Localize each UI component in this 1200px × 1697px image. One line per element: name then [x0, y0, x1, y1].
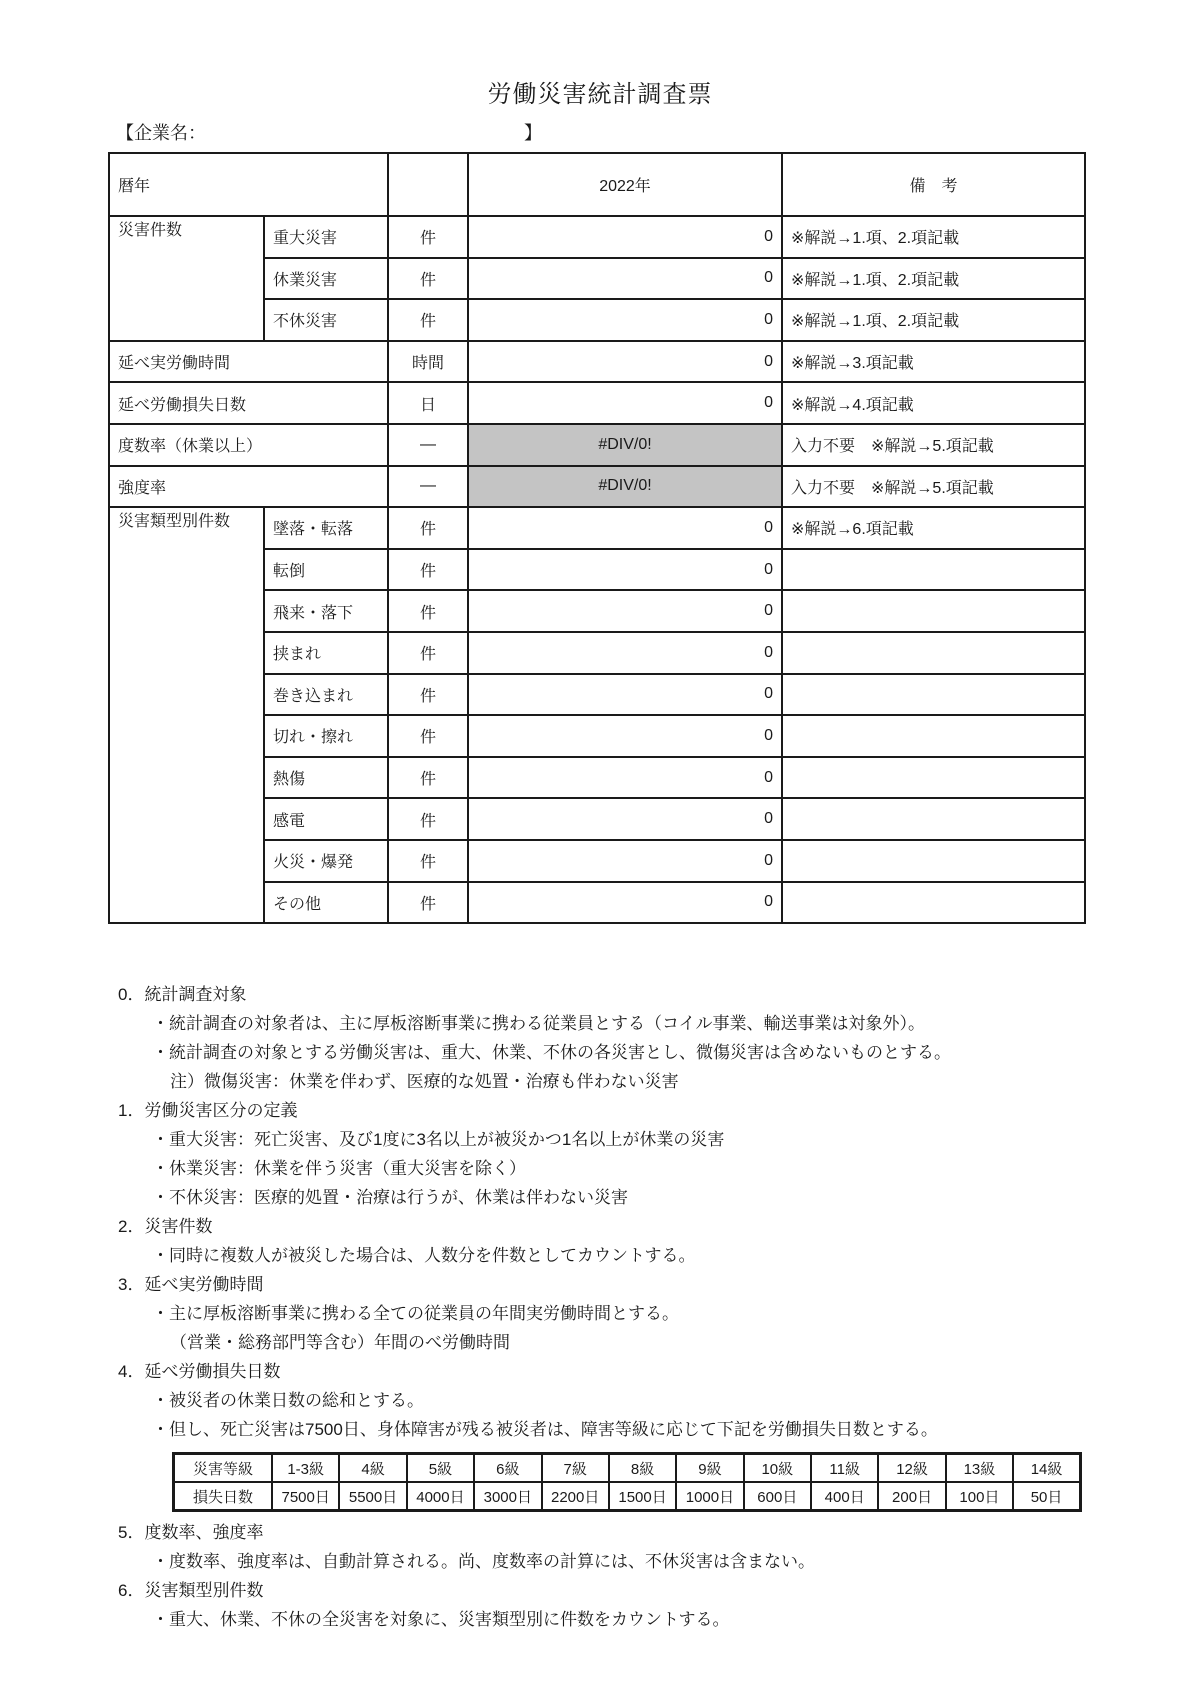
grade-value-cell: 600日: [744, 1482, 811, 1511]
note-line: ・不休災害：医療的処置・治療は行うが、休業は伴わない災害: [108, 1183, 1108, 1212]
value-cell: 0: [468, 299, 782, 341]
note-line: ・但し、死亡災害は7500日、身体障害が残る被災者は、障害等級に応じて下記を労働…: [108, 1415, 1108, 1444]
notes-section: 0．統計調査対象 ・統計調査の対象者は、主に厚板溶断事業に携わる従業員とする（コ…: [108, 980, 1108, 1634]
note-line: ・被災者の休業日数の総和とする。: [108, 1386, 1108, 1415]
value-cell: 0: [468, 882, 782, 924]
remark-cell: ※解説→1.項、2.項記載: [782, 216, 1085, 258]
note-line: ・休業災害：休業を伴う災害（重大災害を除く）: [108, 1154, 1108, 1183]
remark-cell: 入力不要 ※解説→5.項記載: [782, 466, 1085, 508]
group-label-cell: 災害件数: [109, 216, 264, 341]
value-cell: 0: [468, 216, 782, 258]
row-label-cell: 延べ労働損失日数: [109, 382, 388, 424]
remark-cell: [782, 549, 1085, 591]
note-line: ・度数率、強度率は、自動計算される。尚、度数率の計算には、不休災害は含まない。: [108, 1547, 1108, 1576]
value-cell: 0: [468, 258, 782, 300]
grade-header-cell: 11級: [811, 1454, 878, 1483]
page-title: 労働災害統計調査票: [0, 74, 1200, 109]
grade-header-cell: 13級: [946, 1454, 1013, 1483]
remark-cell: [782, 632, 1085, 674]
company-name-label: 【企業名：: [116, 123, 206, 143]
grade-header-row: 災害等級 1-3級 4級 5級 6級 7級 8級 9級 10級 11級 12級 …: [174, 1454, 1081, 1483]
grade-value-cell: 5500日: [339, 1482, 406, 1511]
grade-header-cell: 1-3級: [272, 1454, 339, 1483]
note-heading: 2．災害件数: [108, 1212, 1108, 1241]
grade-value-cell: 400日: [811, 1482, 878, 1511]
grade-value-cell: 1500日: [609, 1482, 676, 1511]
remark-cell: ※解説→4.項記載: [782, 382, 1085, 424]
value-cell: 0: [468, 549, 782, 591]
row-label-cell: 感電: [264, 798, 388, 840]
note-line: ・統計調査の対象とする労働災害は、重大、休業、不休の各災害とし、微傷災害は含めな…: [108, 1038, 1108, 1067]
note-line: ・主に厚板溶断事業に携わる全ての従業員の年間実労働時間とする。: [108, 1299, 1108, 1328]
unit-cell: 時間: [388, 341, 468, 383]
row-label-cell: 火災・爆発: [264, 840, 388, 882]
div-error-value-cell: #DIV/0!: [468, 424, 782, 466]
company-name-field: 【企業名：】: [116, 119, 542, 145]
company-name-close-bracket: 】: [524, 119, 542, 145]
grade-header-cell: 7級: [542, 1454, 609, 1483]
row-label-cell: 飛来・落下: [264, 590, 388, 632]
remark-cell: [782, 882, 1085, 924]
grade-header-cell: 10級: [744, 1454, 811, 1483]
remarks-header-cell: 備 考: [782, 153, 1085, 216]
unit-cell: 件: [388, 216, 468, 258]
unit-cell: ―: [388, 424, 468, 466]
grade-value-cell: 3000日: [474, 1482, 541, 1511]
note-heading: 4．延べ労働損失日数: [108, 1357, 1108, 1386]
value-cell: 0: [468, 840, 782, 882]
note-line: 注）微傷災害：休業を伴わず、医療的な処置・治療も伴わない災害: [108, 1067, 1108, 1096]
note-heading: 0．統計調査対象: [108, 980, 1108, 1009]
row-label-cell: 墜落・転落: [264, 507, 388, 549]
blank-unit-header-cell: [388, 153, 468, 216]
value-cell: 0: [468, 798, 782, 840]
remark-cell: [782, 590, 1085, 632]
row-label-cell: 巻き込まれ: [264, 674, 388, 716]
main-table: 暦年 2022年 備 考 災害件数 重大災害 件 0 ※解説→1.項、2.項記載…: [108, 152, 1086, 924]
table-row: 度数率（休業以上） ― #DIV/0! 入力不要 ※解説→5.項記載: [109, 424, 1085, 466]
row-label-cell: 重大災害: [264, 216, 388, 258]
unit-cell: 件: [388, 715, 468, 757]
div-error-value-cell: #DIV/0!: [468, 466, 782, 508]
remark-cell: [782, 840, 1085, 882]
row-label-cell: 延べ実労働時間: [109, 341, 388, 383]
unit-cell: 件: [388, 632, 468, 674]
value-cell: 0: [468, 382, 782, 424]
remark-cell: [782, 674, 1085, 716]
note-heading: 3．延べ実労働時間: [108, 1270, 1108, 1299]
unit-cell: 件: [388, 258, 468, 300]
grade-value-cell: 50日: [1013, 1482, 1080, 1511]
unit-cell: 件: [388, 757, 468, 799]
grade-value-cell: 4000日: [407, 1482, 474, 1511]
grade-value-cell: 100日: [946, 1482, 1013, 1511]
row-label-cell: 度数率（休業以上）: [109, 424, 388, 466]
grade-header-cell: 12級: [878, 1454, 945, 1483]
unit-cell: 件: [388, 798, 468, 840]
table-row: 災害類型別件数 墜落・転落 件 0 ※解説→6.項記載: [109, 507, 1085, 549]
table-row: 強度率 ― #DIV/0! 入力不要 ※解説→5.項記載: [109, 466, 1085, 508]
unit-cell: 日: [388, 382, 468, 424]
unit-cell: 件: [388, 549, 468, 591]
grade-header-cell: 6級: [474, 1454, 541, 1483]
row-label-cell: 熱傷: [264, 757, 388, 799]
grade-header-cell: 9級: [676, 1454, 743, 1483]
value-cell: 0: [468, 757, 782, 799]
unit-cell: 件: [388, 882, 468, 924]
unit-cell: 件: [388, 299, 468, 341]
unit-cell: 件: [388, 674, 468, 716]
note-line: ・同時に複数人が被災した場合は、人数分を件数としてカウントする。: [108, 1241, 1108, 1270]
note-line: （営業・総務部門等含む）年間のべ労働時間: [108, 1328, 1108, 1357]
note-heading: 6．災害類型別件数: [108, 1576, 1108, 1605]
table-row: 延べ実労働時間 時間 0 ※解説→3.項記載: [109, 341, 1085, 383]
value-cell: 0: [468, 632, 782, 674]
row-label-cell: 不休災害: [264, 299, 388, 341]
table-header-row: 暦年 2022年 備 考: [109, 153, 1085, 216]
remark-cell: ※解説→1.項、2.項記載: [782, 299, 1085, 341]
note-heading: 1．労働災害区分の定義: [108, 1096, 1108, 1125]
row-label-cell: 挟まれ: [264, 632, 388, 674]
row-label-cell: 転倒: [264, 549, 388, 591]
grade-value-cell: 2200日: [542, 1482, 609, 1511]
row-label-cell: 切れ・擦れ: [264, 715, 388, 757]
grade-value-cell: 200日: [878, 1482, 945, 1511]
row-label-cell: その他: [264, 882, 388, 924]
remark-cell: [782, 757, 1085, 799]
grade-header-cell: 災害等級: [174, 1454, 273, 1483]
note-line: ・重大災害：死亡災害、及び1度に3名以上が被災かつ1名以上が休業の災害: [108, 1125, 1108, 1154]
value-cell: 0: [468, 507, 782, 549]
grade-header-cell: 4級: [339, 1454, 406, 1483]
remark-cell: 入力不要 ※解説→5.項記載: [782, 424, 1085, 466]
row-label-cell: 休業災害: [264, 258, 388, 300]
unit-cell: 件: [388, 840, 468, 882]
note-line: ・重大、休業、不休の全災害を対象に、災害類型別に件数をカウントする。: [108, 1605, 1108, 1634]
grade-loss-days-table: 災害等級 1-3級 4級 5級 6級 7級 8級 9級 10級 11級 12級 …: [172, 1452, 1082, 1512]
row-label-cell: 強度率: [109, 466, 388, 508]
unit-cell: ―: [388, 466, 468, 508]
calendar-year-header-cell: 暦年: [109, 153, 388, 216]
grade-header-cell: 14級: [1013, 1454, 1080, 1483]
note-line: ・統計調査の対象者は、主に厚板溶断事業に携わる従業員とする（コイル事業、輸送事業…: [108, 1009, 1108, 1038]
year-header-cell: 2022年: [468, 153, 782, 216]
value-cell: 0: [468, 590, 782, 632]
remark-cell: ※解説→6.項記載: [782, 507, 1085, 549]
note-heading: 5．度数率、強度率: [108, 1518, 1108, 1547]
grade-value-cell: 損失日数: [174, 1482, 273, 1511]
grade-value-cell: 1000日: [676, 1482, 743, 1511]
document-page: 労働災害統計調査票 【企業名：】 暦年 2022年 備 考 災害件数 重大災害 …: [0, 0, 1200, 1697]
remark-cell: ※解説→3.項記載: [782, 341, 1085, 383]
table-row: 延べ労働損失日数 日 0 ※解説→4.項記載: [109, 382, 1085, 424]
unit-cell: 件: [388, 590, 468, 632]
unit-cell: 件: [388, 507, 468, 549]
remark-cell: ※解説→1.項、2.項記載: [782, 258, 1085, 300]
remark-cell: [782, 715, 1085, 757]
grade-value-cell: 7500日: [272, 1482, 339, 1511]
value-cell: 0: [468, 715, 782, 757]
grade-header-cell: 8級: [609, 1454, 676, 1483]
table-row: 災害件数 重大災害 件 0 ※解説→1.項、2.項記載: [109, 216, 1085, 258]
value-cell: 0: [468, 341, 782, 383]
remark-cell: [782, 798, 1085, 840]
value-cell: 0: [468, 674, 782, 716]
grade-values-row: 損失日数 7500日 5500日 4000日 3000日 2200日 1500日…: [174, 1482, 1081, 1511]
group-label-cell: 災害類型別件数: [109, 507, 264, 923]
grade-header-cell: 5級: [407, 1454, 474, 1483]
